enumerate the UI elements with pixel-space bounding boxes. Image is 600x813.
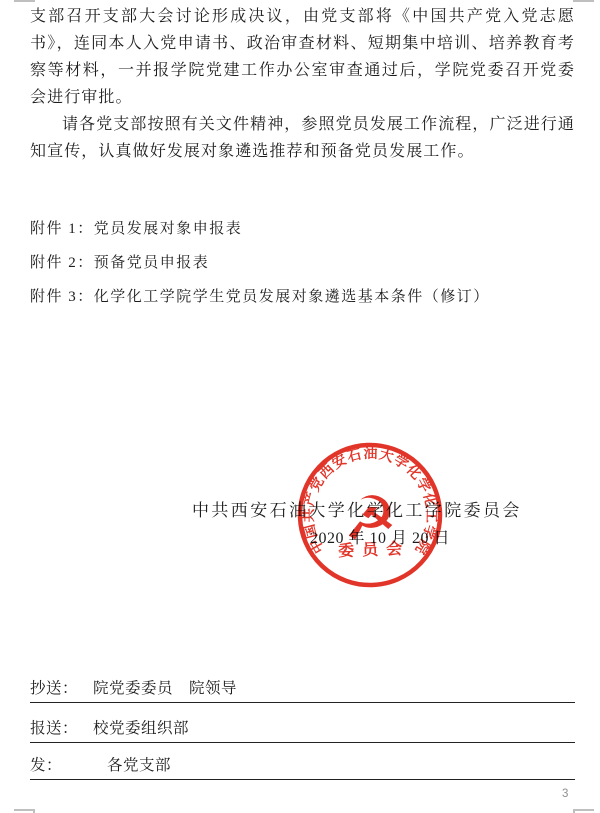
- page-number: 3: [562, 788, 568, 800]
- crop-mark-bottom-right-tick: [573, 809, 575, 813]
- crop-mark-bottom-left-tick: [33, 809, 35, 813]
- paragraph-2: 请各党支部按照有关文件精神，参照党员发展工作流程，广泛进行通知宣传，认真做好发展…: [30, 111, 575, 165]
- footer-row-label: 抄送：: [30, 676, 93, 698]
- footer-row-value: 院党委委员 院领导: [93, 676, 237, 698]
- footer-row-copy-to: 抄送： 院党委委员 院领导: [30, 662, 575, 703]
- crop-mark-top-left: [14, 0, 35, 2]
- attachment-item-3: 附件 3：化学化工学院学生党员发展对象遴选基本条件（修订）: [30, 280, 575, 314]
- crop-mark-top-right: [573, 0, 594, 2]
- attachment-list: 附件 1：党员发展对象申报表 附件 2：预备党员申报表 附件 3：化学化工学院学…: [30, 212, 575, 314]
- attachment-item-2: 附件 2：预备党员申报表: [30, 246, 575, 280]
- footer-row-issued-to: 发： 各党支部: [30, 739, 575, 780]
- attachment-item-1: 附件 1：党员发展对象申报表: [30, 212, 575, 246]
- footer-row-report-to: 报送： 校党委组织部: [30, 702, 575, 743]
- body-text: 支部召开支部大会讨论形成决议，由党支部将《中国共产党入党志愿书》，连同本人入党申…: [30, 3, 575, 165]
- document-page: 支部召开支部大会讨论形成决议，由党支部将《中国共产党入党志愿书》，连同本人入党申…: [0, 0, 600, 813]
- signature-org: 中共西安石油大学化学化工学院委员会: [192, 501, 522, 520]
- footer-row-label: 报送：: [30, 716, 93, 738]
- crop-mark-bottom-left: [14, 809, 35, 811]
- signature-date: 2020 年 10 月 20 日: [310, 529, 450, 548]
- footer-row-label: 发：: [30, 753, 93, 775]
- paragraph-1: 支部召开支部大会讨论形成决议，由党支部将《中国共产党入党志愿书》，连同本人入党申…: [30, 3, 575, 111]
- crop-mark-bottom-right: [573, 809, 594, 811]
- footer-row-value: 各党支部: [107, 753, 171, 775]
- footer-row-value: 校党委组织部: [93, 716, 189, 738]
